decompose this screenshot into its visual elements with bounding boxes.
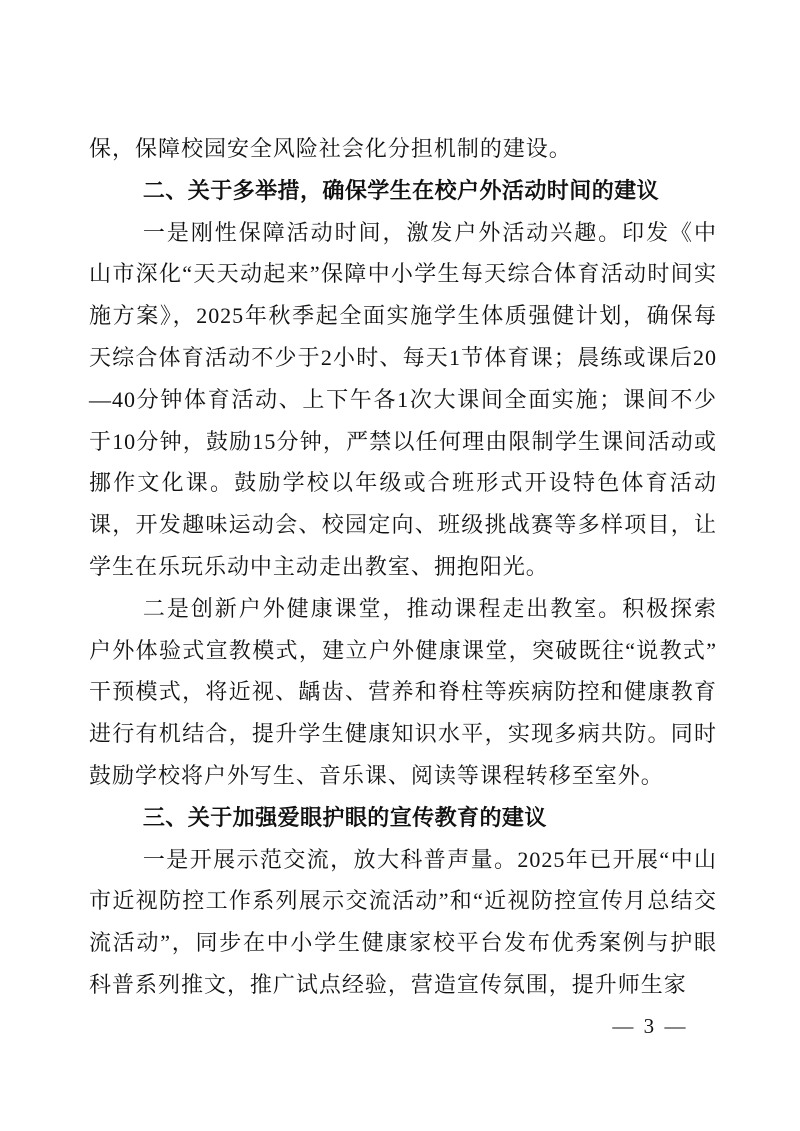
paragraph-continuation: 保，保障校园安全风险社会化分担机制的建设。 xyxy=(89,128,717,170)
section-heading: 二、关于多举措，确保学生在校户外活动时间的建议 xyxy=(89,170,717,212)
paragraph: 二是创新户外健康课堂，推动课程走出教室。积极探索户外体验式宣教模式，建立户外健康… xyxy=(89,588,717,797)
document-page: 保，保障校园安全风险社会化分担机制的建设。二、关于多举措，确保学生在校户外活动时… xyxy=(0,0,800,1131)
paragraph: 一是刚性保障活动时间，激发户外活动兴趣。印发《中山市深化“天天动起来”保障中小学… xyxy=(89,212,717,588)
paragraph: 一是开展示范交流，放大科普声量。2025年已开展“中山市近视防控工作系列展示交流… xyxy=(89,839,717,1006)
section-heading: 三、关于加强爱眼护眼的宣传教育的建议 xyxy=(89,797,717,839)
document-body: 保，保障校园安全风险社会化分担机制的建设。二、关于多举措，确保学生在校户外活动时… xyxy=(89,128,717,1006)
page-number: — 3 — xyxy=(612,1014,688,1039)
